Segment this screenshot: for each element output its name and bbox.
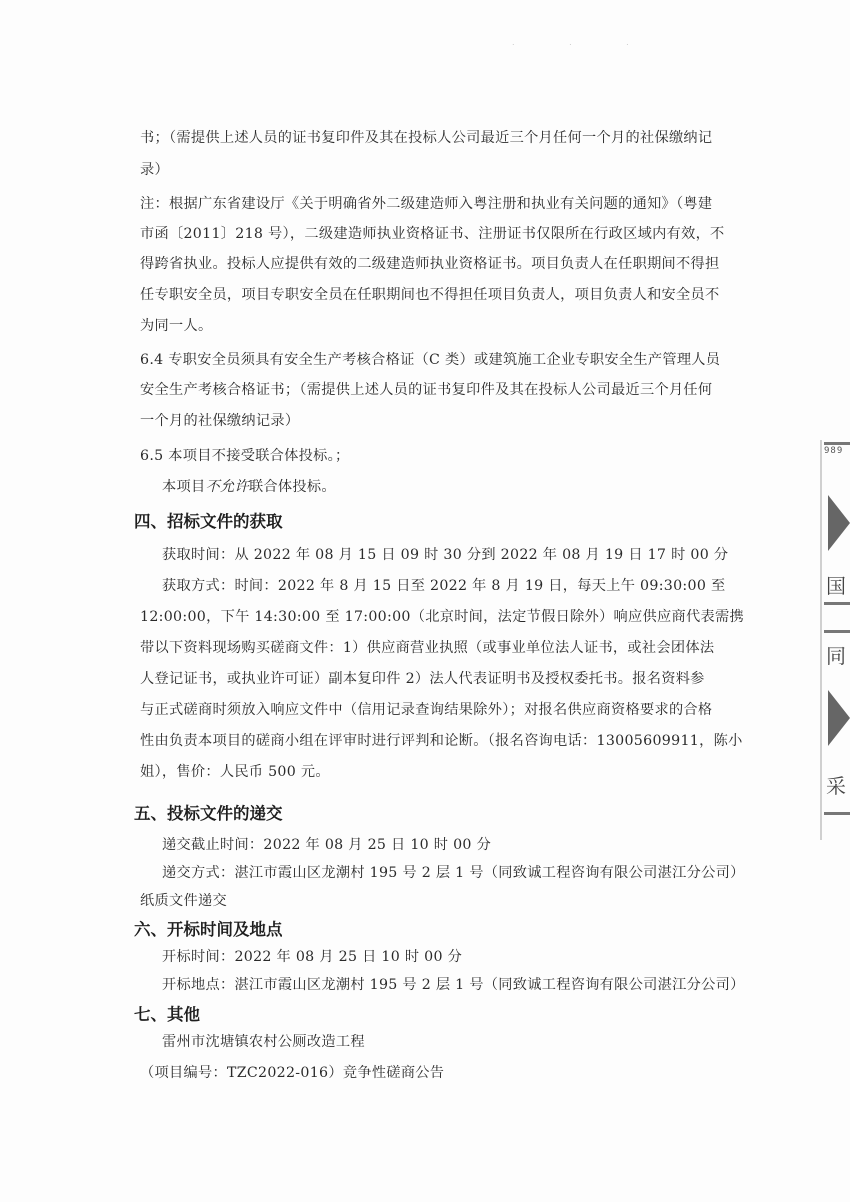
note-line: 市函〔2011〕218 号），二级建造师执业资格证书、注册证书仅限所在行政区域内… [140,224,725,244]
submit-method: 纸质文件递交 [140,891,227,911]
acquire-method: 带以下资料现场购买磋商文件：1）供应商营业执照（或事业单位法人证书，或社会团体法 [140,638,714,658]
note-line: 为同一人。 [140,316,212,336]
note-line: 得跨省执业。投标人应提供有效的二级建造师执业资格证书。项目负责人在任职期间不得担 [140,254,720,274]
note-line: 注：根据广东省建设厅《关于明确省外二级建造师入粤注册和执业有关问题的通知》（粤建 [140,194,712,214]
section-heading-4: 四、招标文件的获取 [134,508,283,532]
clause-6-5: 6.5 本项目不接受联合体投标。； [140,446,350,466]
scan-marks: . . . [512,38,655,47]
opening-place: 开标地点：湛江市霞山区龙潮村 195 号 2 层 1 号（同致诚工程咨询有限公司… [162,975,745,995]
star-icon [828,690,850,746]
seal-bar [824,812,850,815]
seal-number: 989 [824,446,843,456]
document-page: . . . 书；（需提供上述人员的证书复印件及其在投标人公司最近三个月任何一个月… [0,0,850,1202]
seal-edge: 989 国 同 采 [820,440,850,840]
consortium-note-b: 不允许 [205,479,248,495]
submit-deadline: 递交截止时间：2022 年 08 月 25 日 10 时 00 分 [162,835,491,855]
section-heading-7: 七、其他 [134,1001,200,1025]
star-icon [828,495,850,551]
seal-bar [824,442,850,445]
text-line: 书；（需提供上述人员的证书复印件及其在投标人公司最近三个月任何一个月的社保缴纳记 [140,128,712,148]
footer-title: （项目编号：TZC2022-016）竞争性磋商公告 [140,1063,444,1083]
acquire-time: 获取时间：从 2022 年 08 月 15 日 09 时 30 分到 2022 … [162,545,728,565]
seal-glyph: 国 [826,570,846,599]
opening-time: 开标时间：2022 年 08 月 25 日 10 时 00 分 [162,947,462,967]
acquire-method: 人登记证书，或执业许可证）副本复印件 2）法人代表证明书及授权委托书。报名资料参 [140,669,705,689]
project-name: 雷州市沈塘镇农村公厕改造工程 [162,1032,365,1052]
seal-bar [824,630,850,633]
section-heading-5: 五、投标文件的递交 [134,800,283,824]
clause-6-4: 一个月的社保缴纳记录） [140,411,299,431]
consortium-note-a: 本项目 [162,479,205,495]
seal-glyph: 采 [826,770,846,799]
acquire-method: 与正式磋商时须放入响应文件中（信用记录查询结果除外）；对报名供应商资格要求的合格 [140,700,712,720]
section-heading-6: 六、开标时间及地点 [134,916,283,940]
seal-glyph: 同 [826,640,846,669]
seal-bar [824,602,850,605]
consortium-note-c: 联合体投标。 [249,479,336,495]
note-line: 任专职安全员，项目专职安全员在任职期间也不得担任项目负责人，项目负责人和安全员不 [140,285,720,305]
acquire-method: 12:00:00，下午 14:30:00 至 17:00:00（北京时间，法定节… [140,607,744,627]
acquire-method: 获取方式：时间：2022 年 8 月 15 日至 2022 年 8 月 19 日… [162,576,725,596]
clause-6-4: 安全生产考核合格证书；（需提供上述人员的证书复印件及其在投标人公司最近三个月任何 [140,380,712,400]
text-line: 录） [140,160,169,180]
submit-method: 递交方式：湛江市霞山区龙潮村 195 号 2 层 1 号（同致诚工程咨询有限公司… [162,863,745,883]
acquire-method: 姐），售价：人民币 500 元。 [140,762,330,782]
clause-6-4: 6.4 专职安全员须具有安全生产考核合格证（C 类）或建筑施工企业专职安全生产管… [140,350,720,370]
consortium-note: 本项目不允许联合体投标。 [162,477,336,497]
acquire-method: 性由负责本项目的磋商小组在评审时进行评判和论断。（报名咨询电话：13005609… [140,731,743,751]
